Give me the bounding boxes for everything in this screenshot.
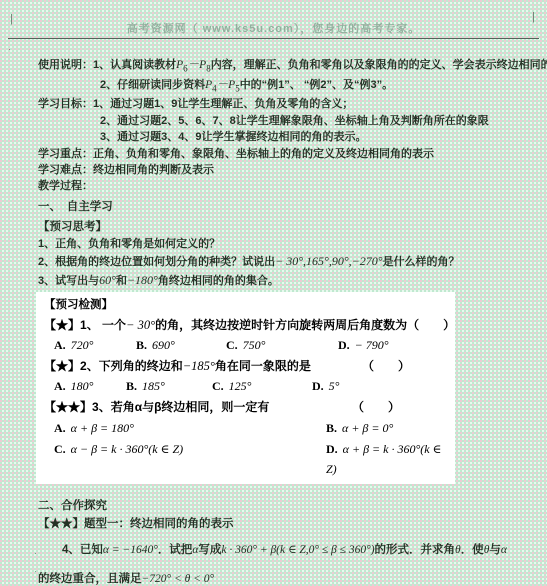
p4-mid4: ．使 [461, 544, 484, 556]
difficulty-label: 学习难点： [38, 164, 93, 176]
p4-mid5: 与 [489, 544, 501, 556]
goal1: 1、通过习题1、9让学生理解正、负角及零角的含义； [93, 98, 353, 110]
option-c: C.α − β = k · 360°(k ∈ Z) [54, 439, 326, 479]
option-c: C.750° [226, 336, 338, 355]
p4-alpha2: α [501, 544, 507, 556]
goal3: 3、通过习题3、4、9让学生掌握终边相同的角的表示。 [100, 131, 366, 143]
process-label: 教学过程： [38, 180, 93, 192]
goal-line-1: 学习目标：1、通过习题1、9让学生理解正、负角及零角的含义； [38, 96, 539, 112]
think-q3-pre: 3、试写出与 [38, 275, 99, 287]
quiz-q2-pre: 2、下列角的终边和 [80, 357, 183, 376]
site-header: 高考资源网（ www.ks5u.com），您身边的高考专家。 [0, 20, 547, 36]
quiz-q2-post: 角在同一象限的是 [215, 357, 311, 376]
p4-mid2: 写成 [198, 544, 221, 556]
key-label: 学习重点： [38, 148, 93, 160]
process-line: 教学过程： [38, 178, 539, 194]
option-c: C.125° [212, 377, 312, 396]
think-q3-angle1: 60° [99, 273, 116, 287]
difficulty-text: 终边相同角的判断及表示 [93, 164, 214, 176]
quiz-q3-answer-bracket: （ ） [352, 398, 400, 417]
preview-check-panel: 【预习检测】 【★】1、 一个− 30°的角，其终边按逆时针方向旋转两周后角度数… [36, 292, 455, 484]
quiz-q2-star-tag: 【★】 [44, 357, 80, 376]
option-d: D.α + β = k · 360°(k ∈ Z) [326, 439, 455, 479]
p4-alpha-value: α = −1640° [103, 544, 158, 556]
think-q3-angle2: −180° [127, 273, 158, 287]
goal-label: 学习目标： [38, 98, 93, 110]
usage2-pre: 2、仔细研读同步资料 [100, 79, 205, 91]
usage1-post: 内容，理解正、负角和零角以及象限角的的定义、学会表示终边相同的角的集合； [211, 59, 547, 71]
think-question-1: 1、正角、负角和零角是如何定义的？ [38, 236, 539, 254]
preview-think-title: 【预习思考】 [38, 218, 539, 236]
think-q2-pre: 2、根据角的终边位置如何划分角的种类？试说出 [38, 256, 275, 268]
option-d: D.− 790° [338, 336, 389, 355]
think-q3-mid: 和 [116, 275, 127, 287]
quiz-q2-stem: 【★】2、下列角的终边和−185°角在同一象限的是 （ ） [44, 357, 455, 376]
quiz-q2-angle: −185° [183, 357, 215, 376]
quiz-q1-stem: 【★】1、 一个− 30°的角，其终边按逆时针方向旋转两周后角度数为 （ ） [44, 316, 455, 335]
topic-one-title: 【★★】题型一：终边相同的角的表示 [38, 515, 539, 533]
scan-artifact: · [34, 566, 37, 576]
usage1-pre: 1、认真阅读教材 [93, 59, 176, 71]
quiz-q1-options: A.720° B.690° C.750° D.− 790° [44, 336, 455, 355]
p4-form-expression: k · 360° + β(k ∈ Z,0° ≤ β ≤ 360°) [221, 544, 374, 556]
option-b: B.α + β = 0° [326, 418, 455, 438]
option-b: B.185° [126, 377, 212, 396]
option-a: A.180° [54, 377, 126, 396]
usage1-pagerange: P6－P8 [176, 59, 211, 71]
quiz-q3-stem: 【★★】3、若角α与β终边相同，则一定有 （ ） [44, 398, 455, 417]
quiz-q3-star-tag: 【★★】 [44, 398, 92, 417]
quiz-q1-pre: 1、 一个 [80, 316, 126, 335]
problem-4-line-1: 4、已知α = −1640°．试把α写成k · 360° + β(k ∈ Z,0… [38, 538, 539, 562]
think-q3-post: 角终边相同的角的集合。 [158, 275, 279, 287]
quiz-q1-angle: − 30° [126, 316, 155, 335]
usage2-pagerange: P4－P5 [205, 79, 240, 91]
quiz-q1-post: 的角，其终边按逆时针方向旋转两周后角度数为 [155, 316, 407, 335]
option-a: A.720° [54, 336, 136, 355]
option-b: B.690° [136, 336, 226, 355]
think-q2-post: 是什么样的角？ [383, 256, 460, 268]
usage2-post: 中的“例1”、 “例2”、及“例3”。 [240, 79, 393, 91]
usage-note-line-1: 使用说明：1、认真阅读教材P6－P8内容，理解正、负角和零角以及象限角的的定义、… [38, 57, 539, 77]
quiz-q1-star-tag: 【★】 [44, 316, 80, 335]
option-d: D.5° [312, 377, 339, 396]
difficulty-line: 学习难点：终边相同角的判断及表示 [38, 162, 539, 178]
usage-note-line-2: 2、仔细研读同步资料P4－P5中的“例1”、 “例2”、及“例3”。 [38, 77, 539, 97]
think-q2-angles: − 30°,165°,90°,−270° [275, 254, 382, 268]
key-point-line: 学习重点：正角、负角和零角、象限角、坐标轴上的角的定义及终边相同角的表示 [38, 146, 539, 162]
think-question-3: 3、试写出与60°和−180°角终边相同的角的集合。 [38, 272, 539, 291]
worksheet-body: 使用说明：1、认真阅读教材P6－P8内容，理解正、负角和零角以及象限角的的定义、… [38, 57, 539, 586]
key-text: 正角、负角和零角、象限角、坐标轴上的角的定义及终边相同角的表示 [93, 148, 434, 160]
quiz-q2-answer-bracket: （ ） [362, 357, 410, 376]
p4-mid1: ．试把 [158, 544, 193, 556]
quiz-q3-options: A.α + β = 180° B.α + β = 0° C.α − β = k … [44, 418, 455, 479]
quiz-q3-pre: 3、若角α与β终边相同，则一定有 [92, 398, 269, 417]
quiz-q2-options: A.180° B.185° C.125° D.5° [44, 377, 455, 396]
p4-mid3: 的形式．并求角 [375, 544, 456, 556]
p4-theta-range: −720° < θ < 0° [142, 573, 215, 585]
goal-line-2: 2、通过习题2、5、6、7、8让学生理解象限角、坐标轴上角及判断角所在的象限 [38, 113, 539, 129]
option-a: A.α + β = 180° [54, 418, 326, 438]
quiz-q1-answer-bracket: （ ） [407, 316, 455, 335]
section1-title: 一、 自主学习 [38, 198, 539, 216]
usage-label: 使用说明： [38, 59, 93, 71]
goal2: 2、通过习题2、5、6、7、8让学生理解象限角、坐标轴上角及判断角所在的象限 [100, 115, 489, 127]
scan-artifact: · [34, 548, 37, 558]
scan-artifact: · [8, 44, 11, 54]
header-rule [8, 38, 539, 39]
p4-pre: 4、已知 [62, 544, 103, 556]
section2-title: 二、合作探究 [38, 497, 539, 515]
problem-4-line-2: 的终边重合，且满足−720° < θ < 0° [38, 567, 539, 586]
think-question-2: 2、根据角的终边位置如何划分角的种类？试说出− 30°,165°,90°,−27… [38, 253, 539, 272]
worksheet-page: { "colors": { "page_bg": "#bfe9cf", "pat… [0, 0, 547, 586]
quiz-title: 【预习检测】 [44, 297, 455, 314]
p4-line2-pre: 的终边重合，且满足 [38, 573, 142, 585]
goal-line-3: 3、通过习题3、4、9让学生掌握终边相同的角的表示。 [38, 129, 539, 145]
